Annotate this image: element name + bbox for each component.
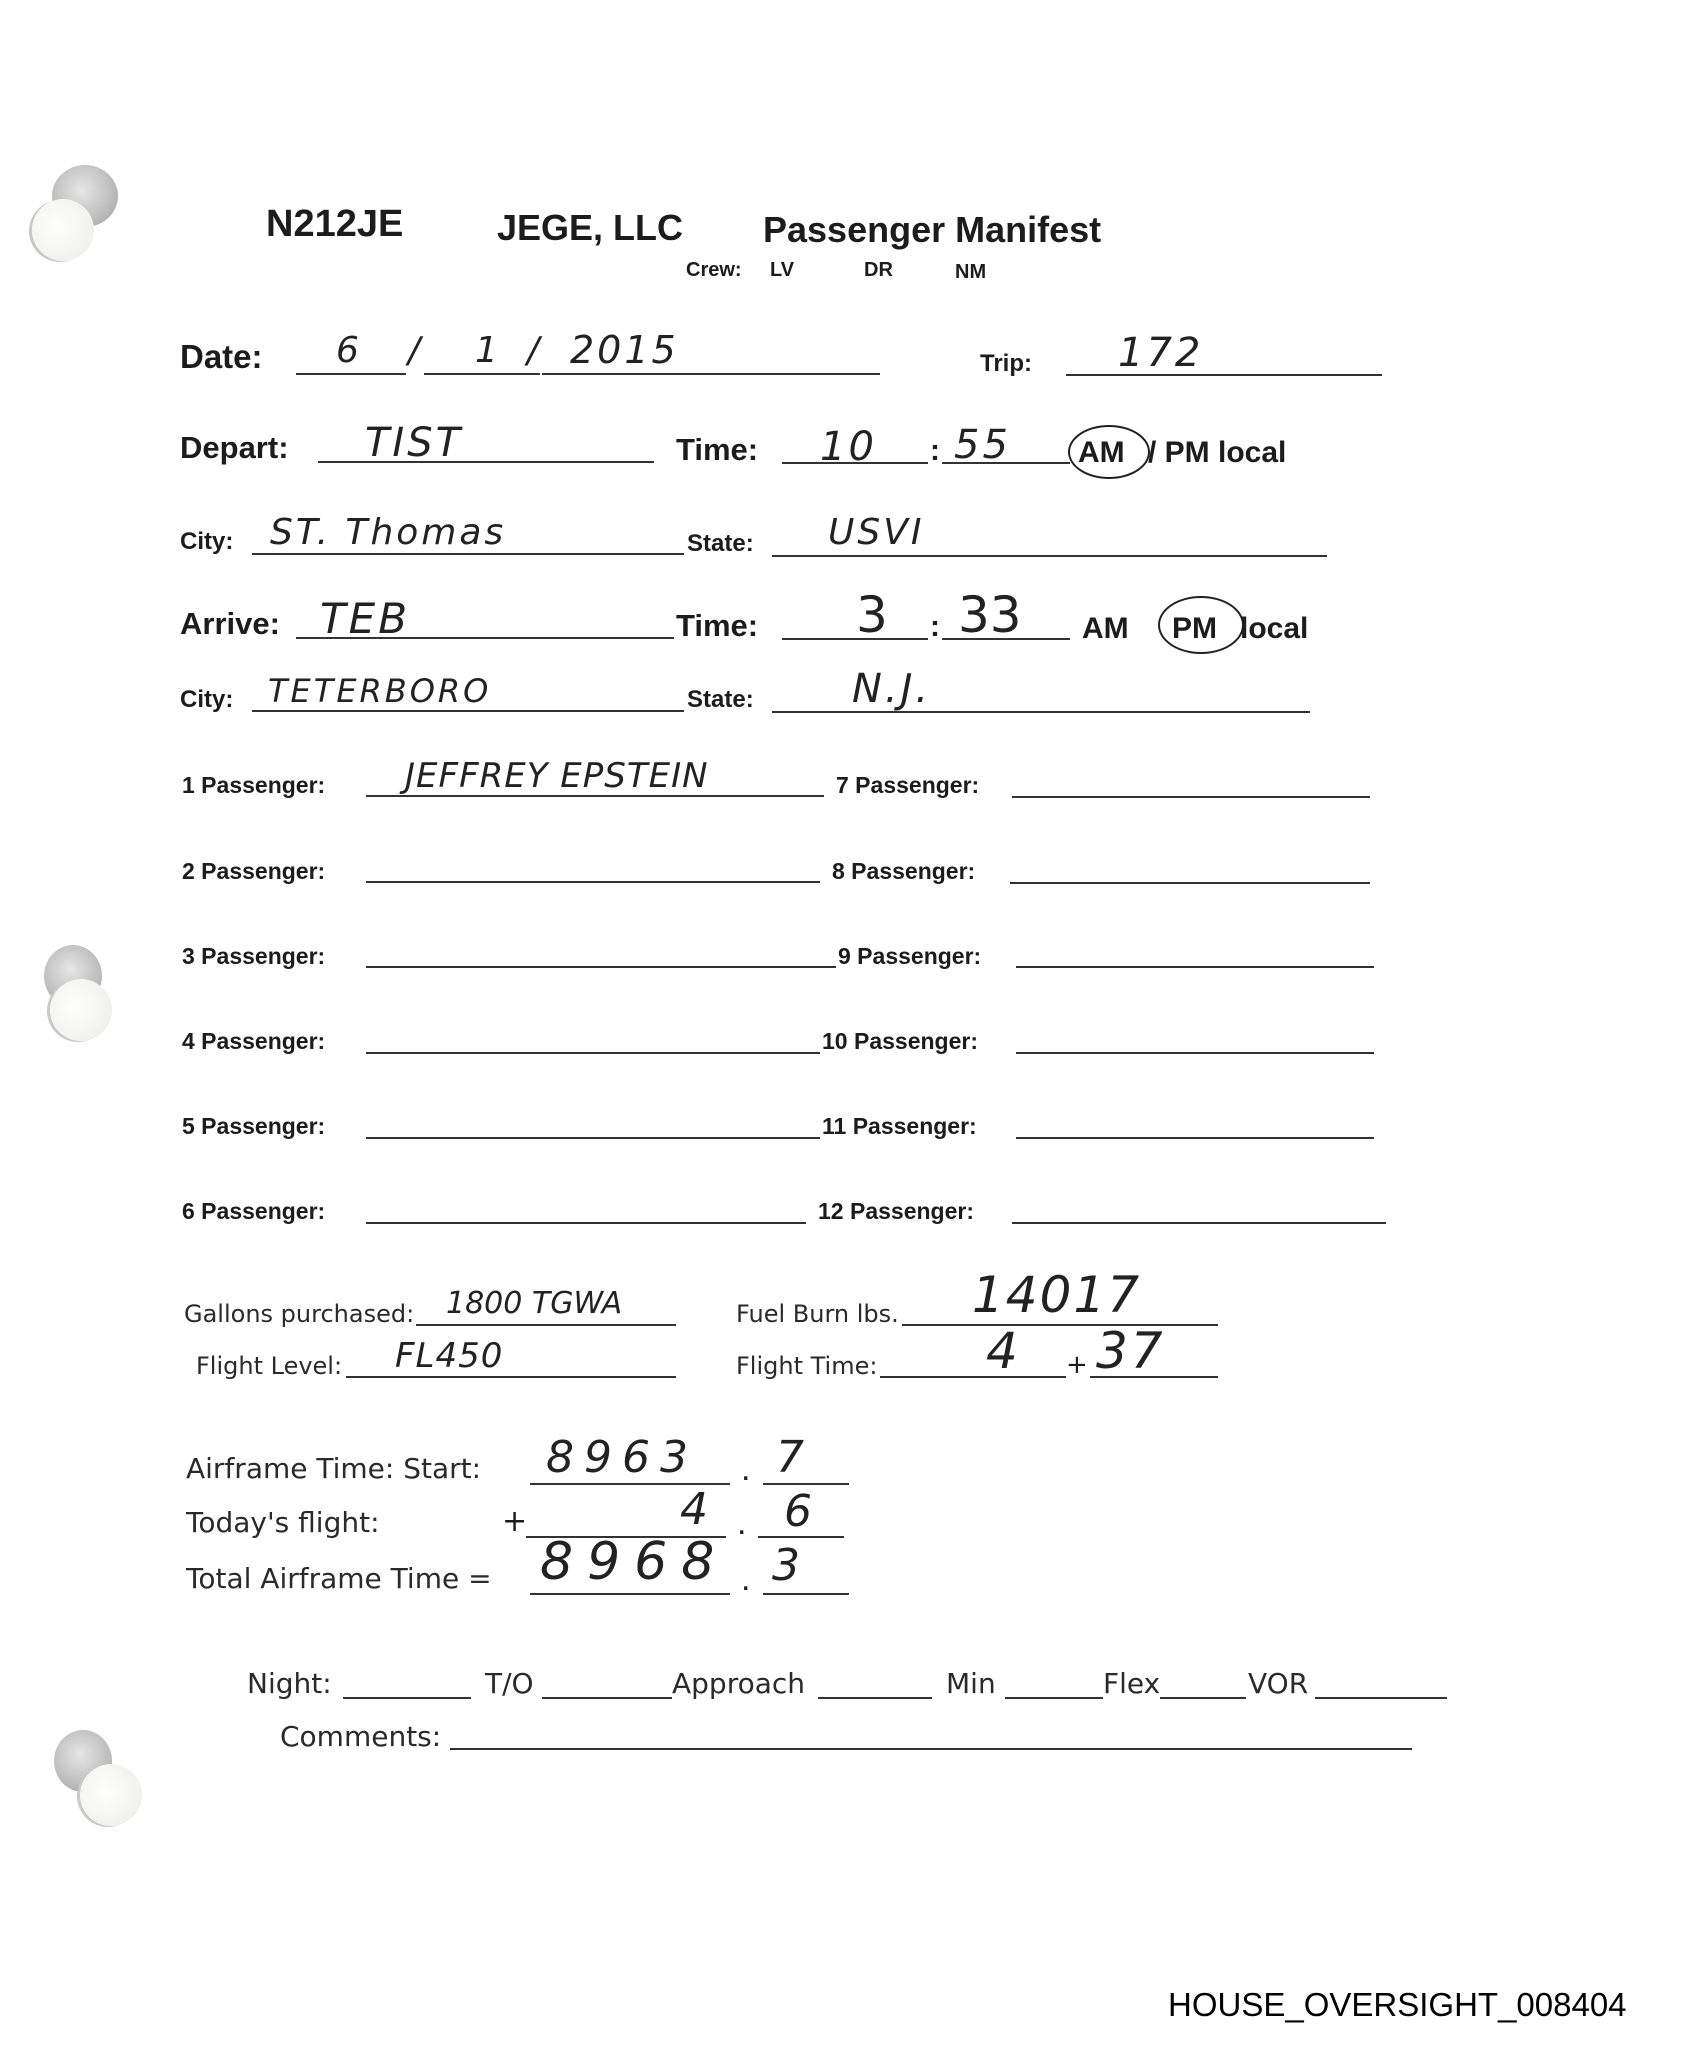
airframe-start-dot: . — [741, 1450, 750, 1489]
takeoff-line[interactable] — [542, 1697, 672, 1699]
date-day-line[interactable] — [424, 373, 540, 375]
night-line[interactable] — [343, 1697, 471, 1699]
crew-member-3: NM — [955, 261, 986, 284]
depart-minute-value[interactable]: 55 — [954, 422, 1011, 468]
time-colon: : — [930, 610, 940, 644]
todays-flight-tenth-value[interactable]: 6 — [784, 1486, 815, 1537]
depart-pm-option[interactable]: / PM local — [1148, 436, 1286, 470]
gallons-label: Gallons purchased: — [184, 1300, 414, 1328]
passenger-9-label: 9 Passenger: — [838, 943, 981, 970]
depart-state-value[interactable]: USVI — [828, 512, 924, 553]
date-year-line[interactable] — [542, 373, 880, 375]
trip-value[interactable]: 172 — [1118, 330, 1203, 376]
depart-hour-value[interactable]: 10 — [820, 424, 877, 470]
passenger-3-line[interactable] — [366, 966, 836, 968]
flight-time-plus: + — [1066, 1350, 1088, 1380]
depart-am-selected-circle — [1068, 425, 1150, 479]
depart-state-line[interactable] — [772, 555, 1327, 557]
passenger-5-line[interactable] — [366, 1137, 820, 1139]
arrive-city-value[interactable]: TETERBORO — [268, 672, 491, 710]
passenger-11-line[interactable] — [1016, 1137, 1374, 1139]
trip-line[interactable] — [1066, 374, 1382, 376]
total-airframe-dot: . — [741, 1560, 750, 1599]
crew-member-1: LV — [770, 259, 794, 282]
airframe-start-label: Airframe Time: Start: — [186, 1452, 481, 1485]
passenger-5-label: 5 Passenger: — [182, 1113, 325, 1140]
arrive-time-label: Time: — [676, 608, 758, 644]
total-airframe-whole-line[interactable] — [530, 1593, 730, 1595]
passenger-10-line[interactable] — [1016, 1052, 1374, 1054]
arrive-value[interactable]: TEB — [320, 594, 410, 643]
passenger-8-line[interactable] — [1010, 882, 1370, 884]
date-label: Date: — [180, 338, 263, 376]
approach-label: Approach — [672, 1667, 805, 1700]
arrive-am-option[interactable]: AM — [1082, 612, 1129, 646]
flex-line[interactable] — [1160, 1697, 1246, 1699]
tail-number: N212JE — [266, 203, 403, 246]
depart-city-line[interactable] — [252, 553, 684, 555]
date-year-value[interactable]: 2015 — [570, 328, 679, 372]
bates-number: HOUSE_OVERSIGHT_008404 — [1168, 1986, 1627, 2024]
flight-time-minutes-value[interactable]: 37 — [1096, 1322, 1166, 1380]
depart-city-value[interactable]: ST. Thomas — [270, 512, 506, 553]
crew-label: Crew: — [686, 259, 742, 282]
date-separator: / — [408, 330, 423, 371]
min-label: Min — [946, 1667, 996, 1700]
date-month-value[interactable]: 6 — [336, 330, 362, 371]
passenger-7-label: 7 Passenger: — [836, 772, 979, 799]
vor-label: VOR — [1248, 1667, 1308, 1700]
depart-state-label: State: — [687, 530, 754, 558]
passenger-1-label: 1 Passenger: — [182, 772, 325, 799]
arrive-state-value[interactable]: N.J. — [852, 666, 931, 712]
passenger-9-line[interactable] — [1016, 966, 1374, 968]
min-line[interactable] — [1005, 1697, 1103, 1699]
passenger-7-line[interactable] — [1012, 796, 1370, 798]
passenger-1-value[interactable]: JEFFREY EPSTEIN — [405, 756, 709, 796]
passenger-12-label: 12 Passenger: — [818, 1198, 974, 1225]
passenger-8-label: 8 Passenger: — [832, 858, 975, 885]
airframe-start-whole-value[interactable]: 8963 — [546, 1432, 698, 1483]
arrive-pm-selected-circle — [1158, 596, 1244, 654]
passenger-10-label: 10 Passenger: — [822, 1028, 978, 1055]
total-airframe-tenth-value[interactable]: 3 — [772, 1540, 803, 1591]
passenger-2-line[interactable] — [366, 881, 820, 883]
todays-flight-plus: + — [502, 1504, 527, 1539]
flight-level-label: Flight Level: — [196, 1352, 342, 1380]
total-airframe-label: Total Airframe Time = — [186, 1562, 492, 1595]
crew-member-2: DR — [864, 259, 893, 282]
arrive-city-label: City: — [180, 686, 233, 714]
page-title: Passenger Manifest — [763, 209, 1101, 251]
arrive-city-line[interactable] — [252, 710, 684, 712]
todays-flight-dot: . — [737, 1504, 746, 1543]
passenger-3-label: 3 Passenger: — [182, 943, 325, 970]
total-airframe-tenth-line[interactable] — [763, 1593, 849, 1595]
flight-level-value[interactable]: FL450 — [395, 1336, 503, 1376]
takeoff-label: T/O — [485, 1667, 534, 1700]
time-colon: : — [930, 434, 940, 468]
passenger-12-line[interactable] — [1012, 1222, 1386, 1224]
depart-time-label: Time: — [676, 432, 758, 468]
gallons-line[interactable] — [416, 1324, 676, 1326]
passenger-6-line[interactable] — [366, 1222, 806, 1224]
fuel-burn-line[interactable] — [902, 1324, 1218, 1326]
passenger-4-line[interactable] — [366, 1052, 820, 1054]
fuel-burn-value[interactable]: 14017 — [972, 1266, 1141, 1324]
flight-time-label: Flight Time: — [736, 1352, 877, 1380]
arrive-state-label: State: — [687, 686, 754, 714]
passenger-6-label: 6 Passenger: — [182, 1198, 325, 1225]
todays-flight-label: Today's flight: — [186, 1506, 380, 1539]
airframe-start-tenth-line[interactable] — [763, 1483, 849, 1485]
fuel-burn-label: Fuel Burn lbs. — [736, 1300, 899, 1328]
flex-label: Flex — [1103, 1667, 1160, 1700]
arrive-hour-line[interactable] — [782, 638, 928, 640]
comments-line[interactable] — [450, 1748, 1412, 1750]
date-month-line[interactable] — [296, 373, 406, 375]
depart-city-label: City: — [180, 528, 233, 556]
gallons-value[interactable]: 1800 TGWA — [446, 1286, 622, 1321]
hole-punch-bottom — [40, 1730, 150, 1840]
hole-punch-middle — [30, 945, 140, 1055]
airframe-start-tenth-value[interactable]: 7 — [776, 1432, 807, 1483]
vor-line[interactable] — [1315, 1697, 1447, 1699]
passenger-2-label: 2 Passenger: — [182, 858, 325, 885]
depart-value[interactable]: TIST — [365, 420, 463, 466]
passenger-11-label: 11 Passenger: — [822, 1113, 977, 1140]
todays-flight-whole-value[interactable]: 4 — [680, 1484, 711, 1535]
trip-label: Trip: — [980, 350, 1032, 378]
company-name: JEGE, LLC — [497, 207, 683, 249]
date-separator: / — [527, 330, 542, 371]
hole-punch-top — [12, 165, 122, 275]
flight-level-line[interactable] — [346, 1376, 676, 1378]
date-day-value[interactable]: 1 — [475, 330, 501, 371]
comments-label: Comments: — [280, 1720, 441, 1753]
total-airframe-whole-value[interactable]: 8968 — [540, 1532, 728, 1592]
night-label: Night: — [247, 1667, 332, 1700]
arrive-label: Arrive: — [180, 606, 280, 642]
passenger-4-label: 4 Passenger: — [182, 1028, 325, 1055]
flight-time-hours-value[interactable]: 4 — [986, 1322, 1021, 1380]
depart-label: Depart: — [180, 430, 289, 466]
approach-line[interactable] — [818, 1697, 932, 1699]
arrive-minute-value[interactable]: 33 — [958, 586, 1022, 644]
arrive-local-label: local — [1240, 612, 1308, 646]
flight-time-hours-line[interactable] — [880, 1376, 1066, 1378]
arrive-hour-value[interactable]: 3 — [856, 586, 888, 644]
